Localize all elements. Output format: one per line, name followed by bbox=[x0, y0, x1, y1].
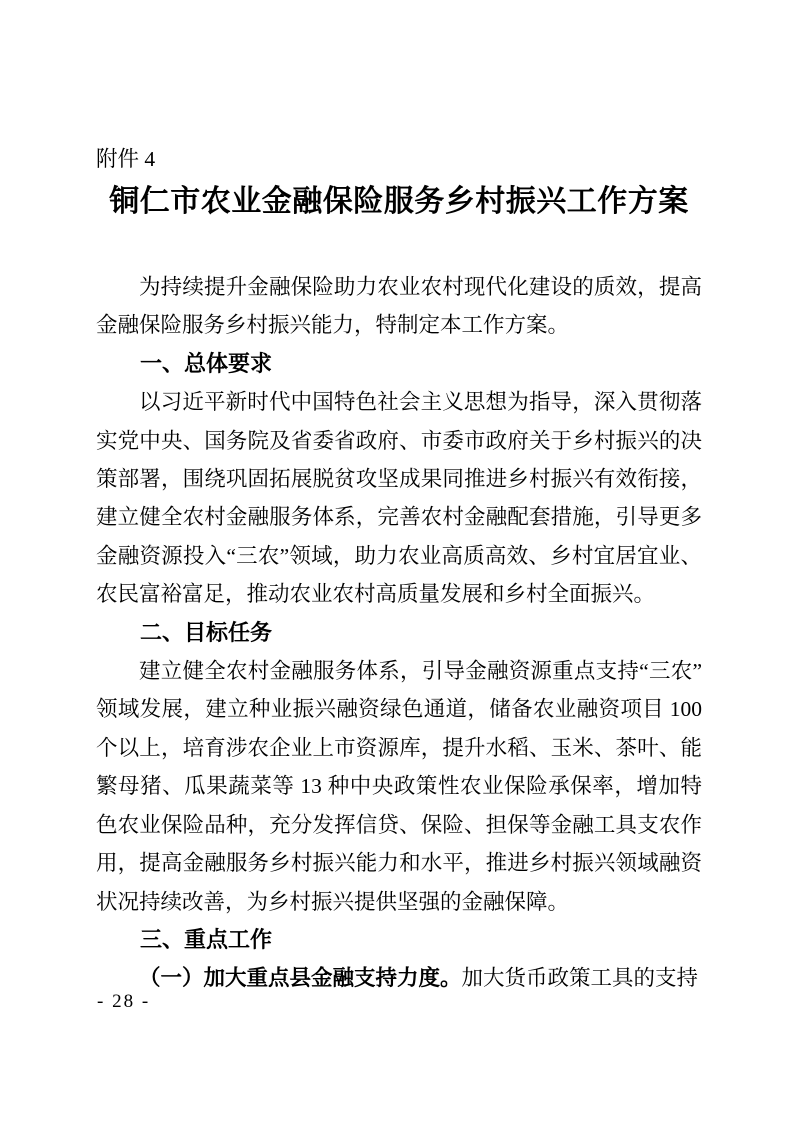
page-number: - 28 - bbox=[97, 991, 150, 1013]
body-paragraph: （一）加大重点县金融支持力度。加大货币政策工具的支持 bbox=[96, 959, 702, 997]
paragraph-lead: （一）加大重点县金融支持力度。 bbox=[139, 966, 462, 990]
paragraph-text: 加大货币政策工具的支持 bbox=[462, 966, 699, 990]
section-heading: 一、总体要求 bbox=[96, 345, 702, 383]
body-paragraph: 以习近平新时代中国特色社会主义思想为指导，深入贯彻落实党中央、国务院及省委省政府… bbox=[96, 383, 702, 613]
section-heading: 二、目标任务 bbox=[96, 614, 702, 652]
document-title: 铜仁市农业金融保险服务乡村振兴工作方案 bbox=[96, 182, 702, 222]
body-paragraph: 为持续提升金融保险助力农业农村现代化建设的质效，提高金融保险服务乡村振兴能力，特… bbox=[96, 268, 702, 345]
attachment-label: 附件 4 bbox=[96, 144, 702, 174]
document-content: 附件 4 铜仁市农业金融保险服务乡村振兴工作方案 为持续提升金融保险助力农业农村… bbox=[96, 144, 702, 998]
document-body: 为持续提升金融保险助力农业农村现代化建设的质效，提高金融保险服务乡村振兴能力，特… bbox=[96, 268, 702, 998]
section-heading: 三、重点工作 bbox=[96, 921, 702, 959]
document-page: 附件 4 铜仁市农业金融保险服务乡村振兴工作方案 为持续提升金融保险助力农业农村… bbox=[0, 0, 793, 1122]
body-paragraph: 建立健全农村金融服务体系，引导金融资源重点支持“三农”领域发展，建立种业振兴融资… bbox=[96, 652, 702, 921]
